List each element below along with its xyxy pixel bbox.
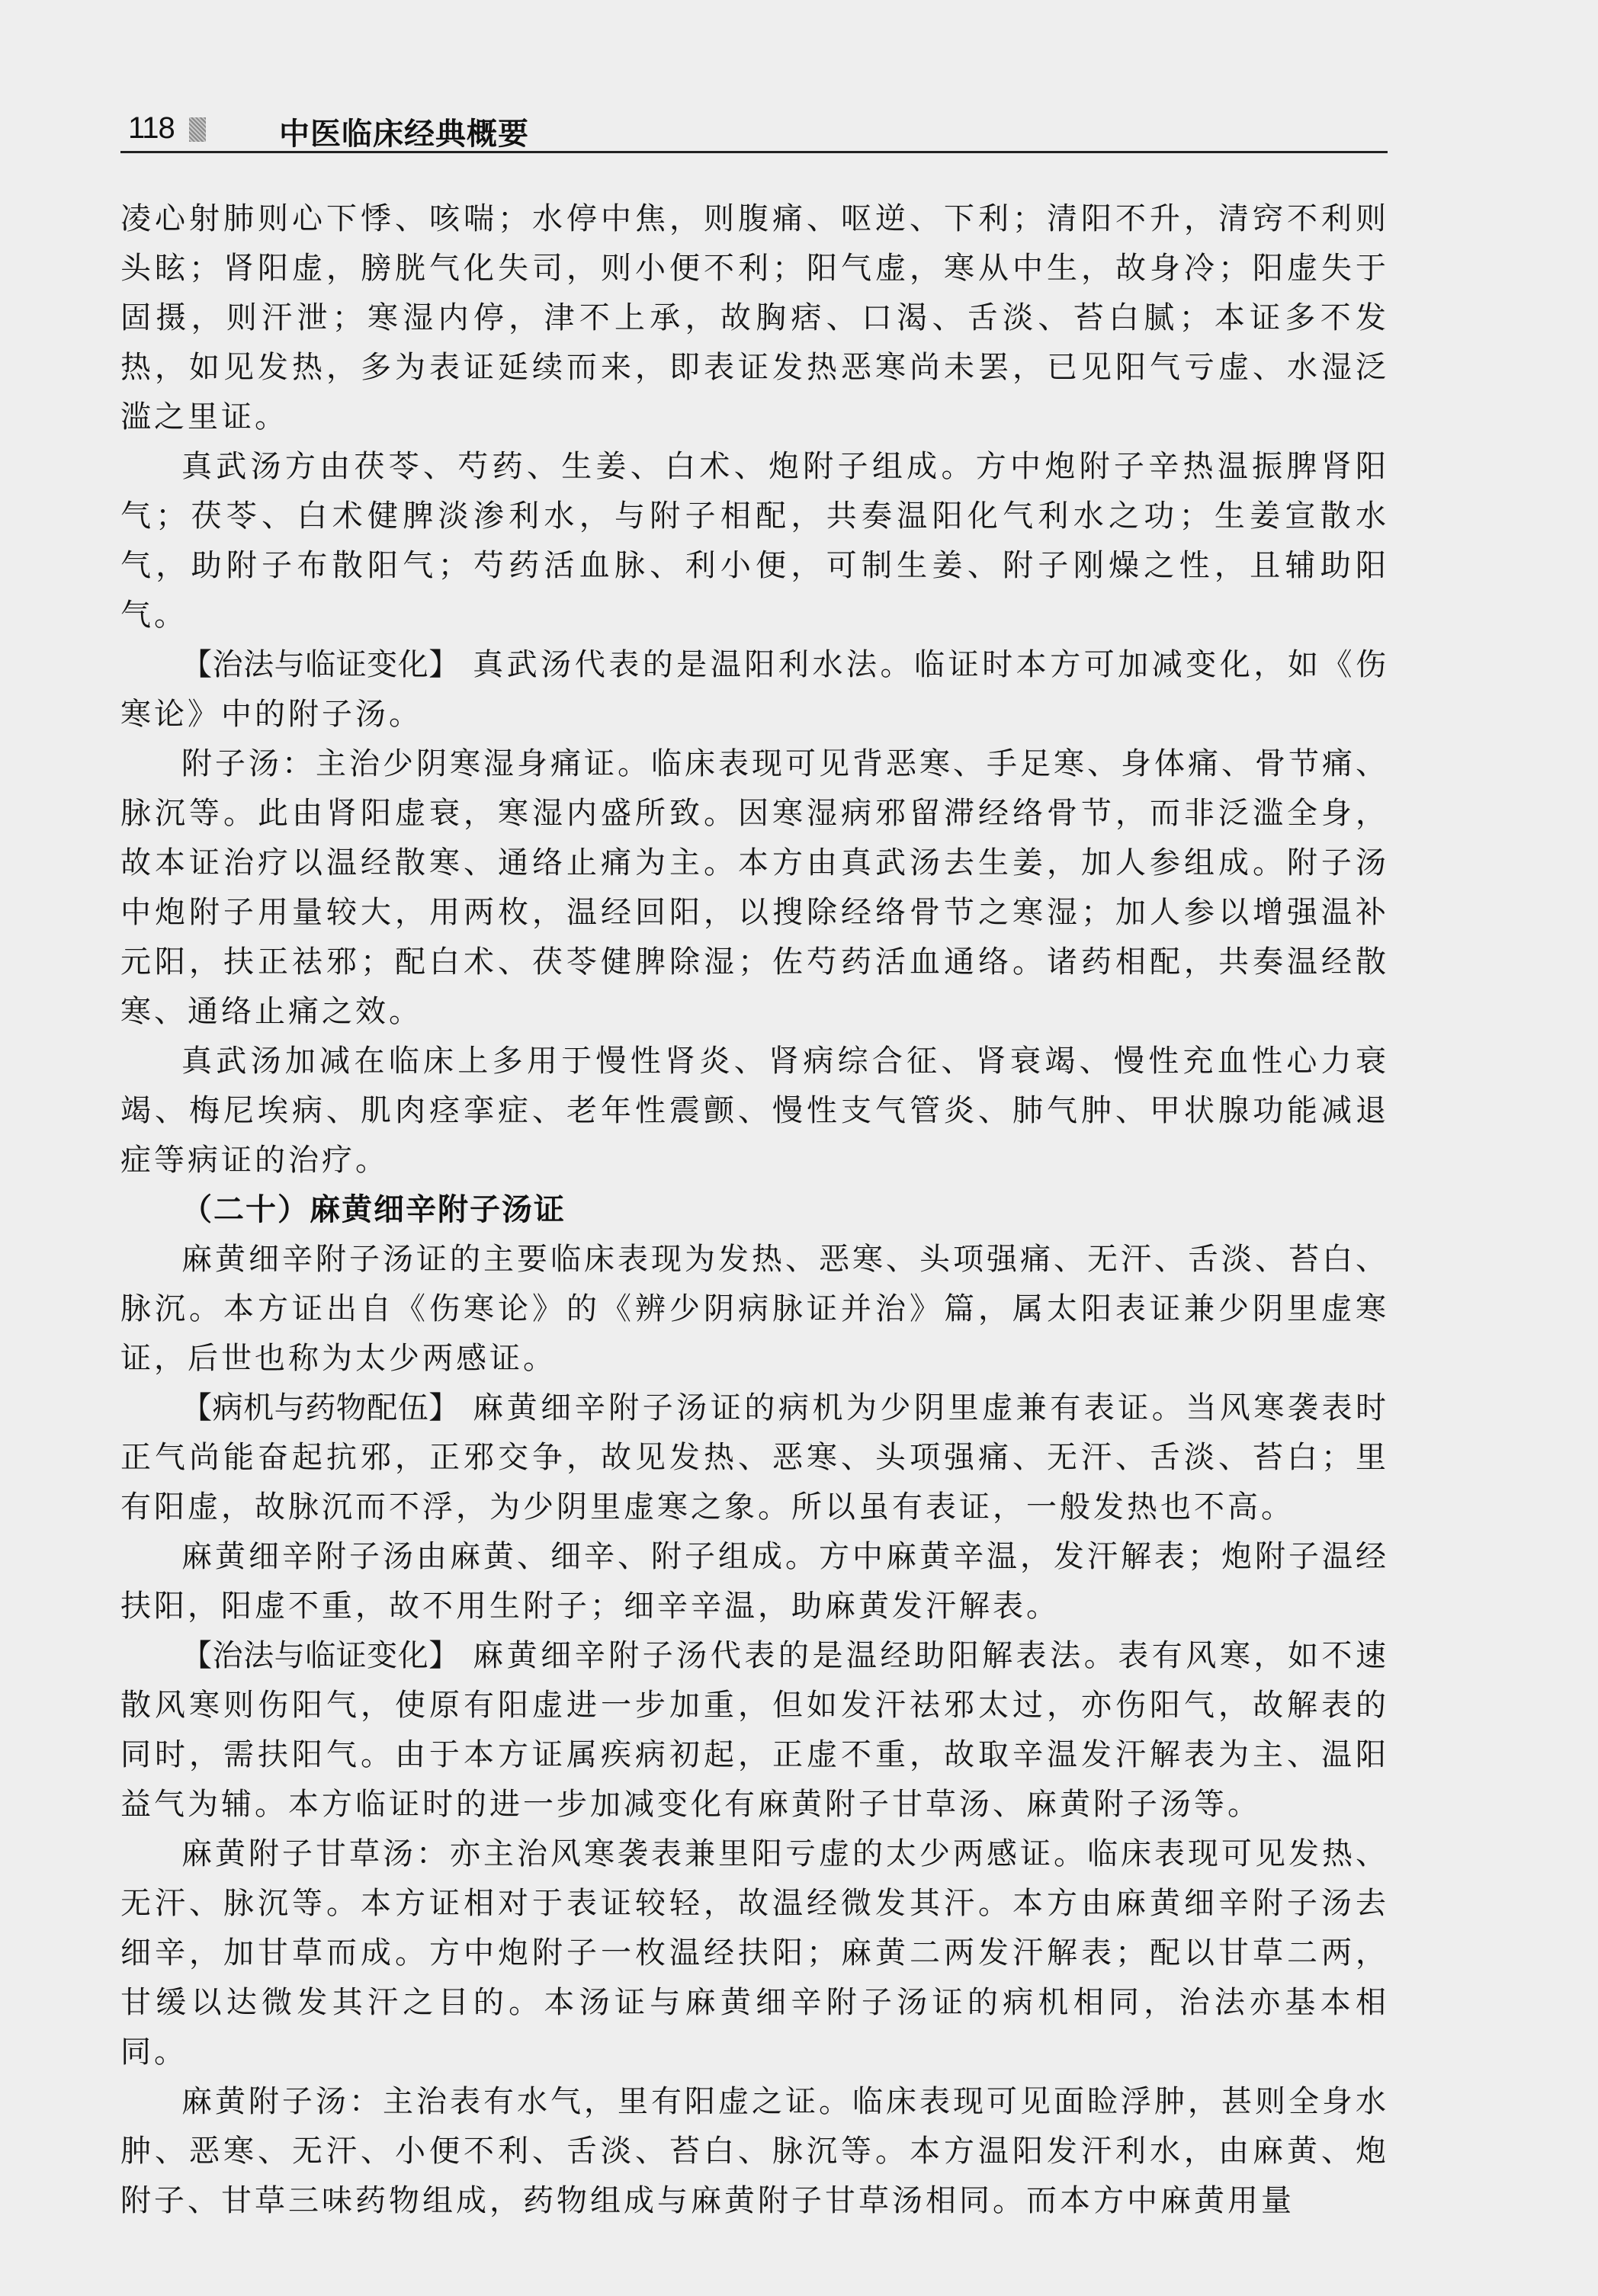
paragraph-text: 麻黄附子汤：主治表有水气，里有阳虚之证。临床表现可见面睑浮肿，甚则全身水肿、恶寒… [120, 2084, 1389, 2218]
paragraph-label: 【治法与临证变化】 [181, 647, 460, 682]
paragraph-text: 真武汤方由茯苓、芍药、生姜、白术、炮附子组成。方中炮附子辛热温振脾肾阳气；茯苓、… [120, 449, 1389, 633]
paragraph-label: 【病机与药物配伍】 [181, 1390, 460, 1425]
paragraph: 真武汤加减在临床上多用于慢性肾炎、肾病综合征、肾衰竭、慢性充血性心力衰竭、梅尼埃… [120, 1037, 1389, 1185]
paragraph-text: 凌心射肺则心下悸、咳喘；水停中焦，则腹痛、呕逆、下利；清阳不升，清窍不利则头眩；… [120, 201, 1389, 435]
page-body: 凌心射肺则心下悸、咳喘；水停中焦，则腹痛、呕逆、下利；清阳不升，清窍不利则头眩；… [120, 194, 1389, 2226]
section-heading: （二十）麻黄细辛附子汤证 [120, 1185, 1389, 1235]
paragraph-text: 真武汤加减在临床上多用于慢性肾炎、肾病综合征、肾衰竭、慢性充血性心力衰竭、梅尼埃… [120, 1044, 1389, 1178]
paragraph-continued: 凌心射肺则心下悸、咳喘；水停中焦，则腹痛、呕逆、下利；清阳不升，清窍不利则头眩；… [120, 194, 1389, 442]
paragraph-text: 附子汤：主治少阴寒湿身痛证。临床表现可见背恶寒、手足寒、身体痛、骨节痛、脉沉等。… [120, 746, 1389, 1029]
page-number: 118 [128, 111, 175, 146]
paragraph: 附子汤：主治少阴寒湿身痛证。临床表现可见背恶寒、手足寒、身体痛、骨节痛、脉沉等。… [120, 739, 1389, 1037]
paragraph-with-label: 【治法与临证变化】 麻黄细辛附子汤代表的是温经助阳解表法。表有风寒，如不速散风寒… [120, 1631, 1389, 1829]
header-decorative-mark-icon [189, 117, 206, 142]
header-rule [120, 151, 1388, 153]
book-title: 中医临床经典概要 [279, 110, 529, 153]
page-header: 118 中医临床经典概要 [120, 107, 1388, 154]
paragraph-label: 【治法与临证变化】 [181, 1638, 460, 1673]
paragraph: 麻黄细辛附子汤证的主要临床表现为发热、恶寒、头项强痛、无汗、舌淡、苔白、脉沉。本… [120, 1235, 1389, 1384]
paragraph: 真武汤方由茯苓、芍药、生姜、白术、炮附子组成。方中炮附子辛热温振脾肾阳气；茯苓、… [120, 442, 1389, 640]
paragraph-text: 麻黄细辛附子汤由麻黄、细辛、附子组成。方中麻黄辛温，发汗解表；炮附子温经扶阳，阳… [120, 1539, 1389, 1624]
paragraph: 麻黄附子甘草汤：亦主治风寒袭表兼里阳亏虚的太少两感证。临床表现可见发热、无汗、脉… [120, 1829, 1389, 2077]
paragraph: 麻黄细辛附子汤由麻黄、细辛、附子组成。方中麻黄辛温，发汗解表；炮附子温经扶阳，阳… [120, 1532, 1389, 1631]
paragraph-text: 麻黄附子甘草汤：亦主治风寒袭表兼里阳亏虚的太少两感证。临床表现可见发热、无汗、脉… [120, 1836, 1389, 2070]
paragraph-with-label: 【病机与药物配伍】 麻黄细辛附子汤证的病机为少阴里虚兼有表证。当风寒袭表时正气尚… [120, 1384, 1389, 1532]
paragraph: 麻黄附子汤：主治表有水气，里有阳虚之证。临床表现可见面睑浮肿，甚则全身水肿、恶寒… [120, 2077, 1389, 2226]
paragraph-with-label: 【治法与临证变化】 真武汤代表的是温阳利水法。临证时本方可加减变化，如《伤寒论》… [120, 640, 1389, 739]
paragraph-text: 麻黄细辛附子汤证的主要临床表现为发热、恶寒、头项强痛、无汗、舌淡、苔白、脉沉。本… [120, 1242, 1389, 1376]
